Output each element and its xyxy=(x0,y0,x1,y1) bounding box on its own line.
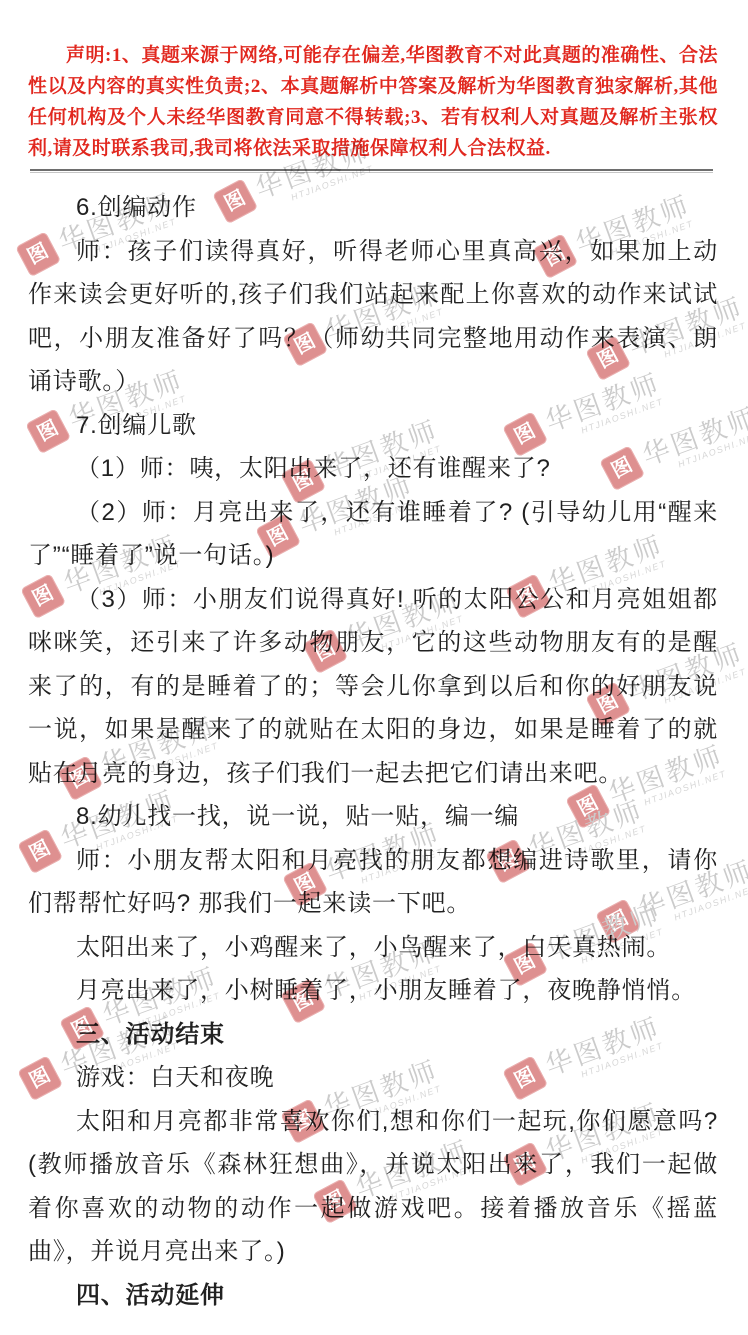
paragraph-step8-title: 8.幼儿找一找，说一说，贴一贴，编一编 xyxy=(28,795,718,839)
paragraph-poem-night: 月亮出来了，小树睡着了，小朋友睡着了，夜晚静悄悄。 xyxy=(28,969,718,1013)
paragraph-step7-title: 7.创编儿歌 xyxy=(28,404,718,448)
paragraph-game-title: 游戏：白天和夜晚 xyxy=(28,1056,718,1100)
paragraph-step7-item1: （1）师：咦，太阳出来了，还有谁醒来了? xyxy=(28,447,718,491)
paragraph-step7-item3: （3）师：小朋友们说得真好! 听的太阳公公和月亮姐姐都咪咪笑，还引来了许多动物朋… xyxy=(28,578,718,796)
disclaimer: 声明:1、真题来源于网络,可能存在偏差,华图教育不对此真题的准确性、合法性以及内… xyxy=(28,40,718,164)
paragraph-game-body: 太阳和月亮都非常喜欢你们,想和你们一起玩,你们愿意吗? (教师播放音乐《森林狂想… xyxy=(28,1100,718,1274)
heading-activity-end: 三、活动结束 xyxy=(28,1013,718,1057)
paragraph-poem-day: 太阳出来了，小鸡醒来了，小鸟醒来了，白天真热闹。 xyxy=(28,926,718,970)
paragraph-step7-item2: （2）师：月亮出来了，还有谁睡着了? (引导幼儿用“醒来了”“睡着了”说一句话。… xyxy=(28,491,718,578)
paragraph-step8-body: 师：小朋友帮太阳和月亮找的朋友都想编进诗歌里，请你们帮帮忙好吗? 那我们一起来读… xyxy=(28,839,718,926)
disclaimer-label: 声明: xyxy=(66,45,112,66)
document-body: 6.创编动作 师：孩子们读得真好，听得老师心里真高兴，如果加上动作来读会更好听的… xyxy=(28,186,718,1317)
heading-activity-extend: 四、活动延伸 xyxy=(28,1274,718,1318)
paragraph-step6-title: 6.创编动作 xyxy=(28,186,718,230)
divider-line xyxy=(30,169,713,173)
document-page: 图华图教师HTJIAOSHI.NET图华图教师HTJIAOSHI.NET图华图教… xyxy=(0,0,748,1335)
paragraph-step6-body: 师：孩子们读得真好，听得老师心里真高兴，如果加上动作来读会更好听的,孩子们我们站… xyxy=(28,230,718,404)
disclaimer-text: 1、真题来源于网络,可能存在偏差,华图教育不对此真题的准确性、合法性以及内容的真… xyxy=(28,45,718,159)
